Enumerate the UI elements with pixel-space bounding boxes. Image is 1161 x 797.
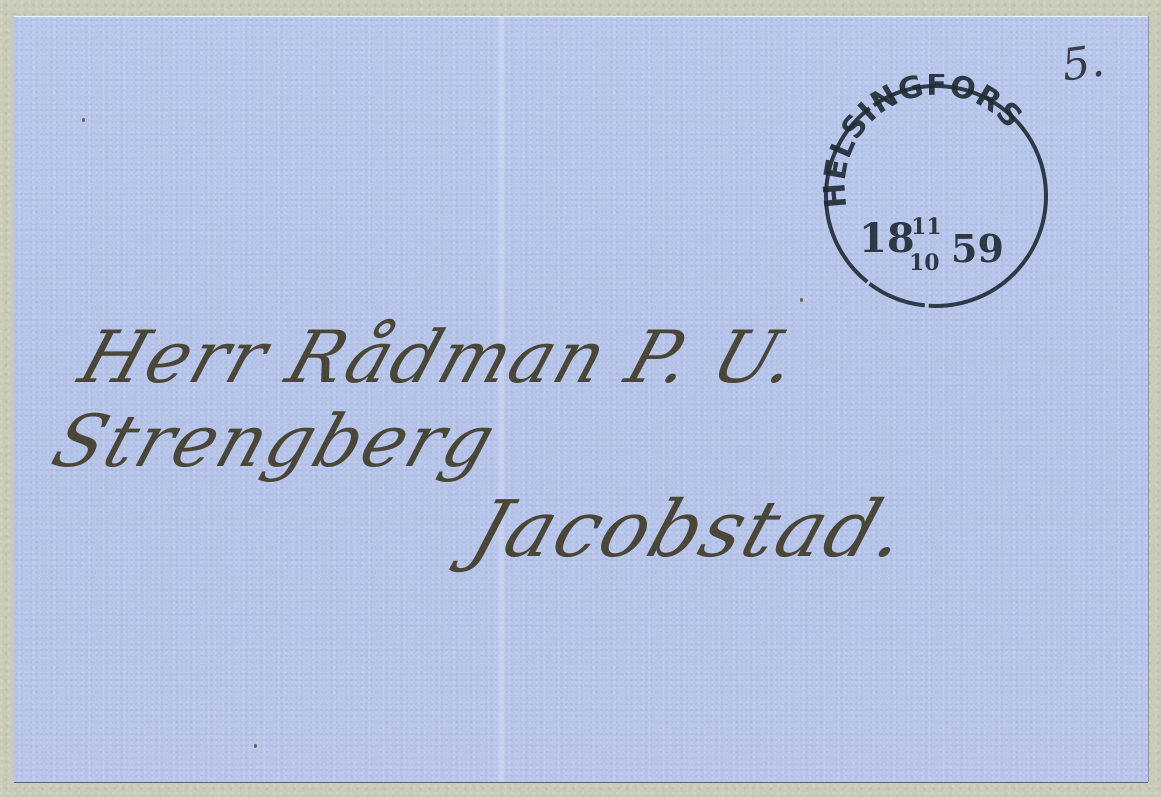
address-line-town: Jacobstad. (460, 485, 920, 575)
postmark-month: 10 (909, 250, 940, 276)
postmark-year: 59 (951, 226, 1004, 271)
page-number: 5. (1059, 35, 1108, 91)
circular-postmark-icon: HELSINGFORS 18 11 10 59 (811, 74, 1061, 314)
paper-speck (800, 298, 803, 302)
postmark-stamp: HELSINGFORS 18 11 10 59 (811, 74, 1061, 314)
svg-text:HELSINGFORS: HELSINGFORS (817, 74, 1029, 209)
paper-speck (82, 118, 85, 122)
postmark-day: 18 (859, 215, 915, 262)
postmark-town: HELSINGFORS (817, 74, 1029, 209)
postmark-hour: 11 (911, 214, 942, 240)
address-line-recipient: Herr Rådman P. U. Strengberg (43, 315, 1161, 483)
paper-speck (254, 744, 257, 748)
